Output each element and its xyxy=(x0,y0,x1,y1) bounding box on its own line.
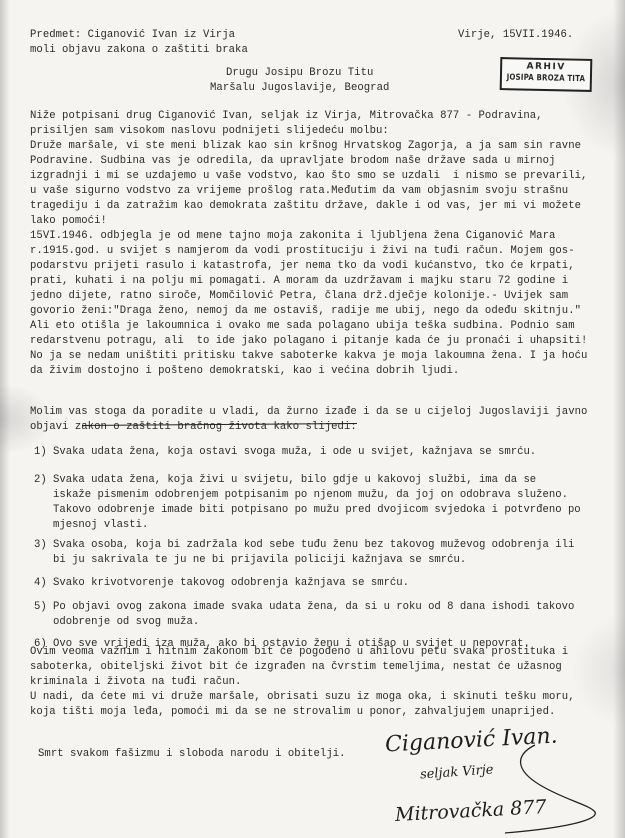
subject-line: Predmet: Ciganović Ivan iz Virja xyxy=(30,29,235,41)
law-item: 4)Svako krivotvorenje takovog odobrenja … xyxy=(34,576,614,591)
text-line: redarstvenu potragu, ali to ide jako pol… xyxy=(30,335,587,347)
text-line: saboterka, obiteljski život bit će izgra… xyxy=(30,661,562,673)
text-line: jedno dijete, ratno siroče, Momčilović P… xyxy=(30,290,568,302)
law-item-text: Svako krivotvorenje takovog odobrenja ka… xyxy=(53,576,409,591)
text-line: podarstvu prijeti rasulo i katastrofa, j… xyxy=(30,260,575,272)
text-line: prisiljen sam visokom naslovu podnijeti … xyxy=(30,125,389,137)
text-line: kriminala i života na tuđi račun. xyxy=(30,676,241,688)
place-date: Virje, 15VII.1946. xyxy=(458,28,573,43)
law-item-number: 5) xyxy=(34,600,47,615)
law-item-number: 1) xyxy=(34,445,47,460)
law-item: 3)Svaka osoba, koja bi zadržala kod sebe… xyxy=(34,538,614,568)
text-line: izgradnji i mi se uzdajemo u vaše vodstv… xyxy=(30,170,587,182)
text-line: Druže maršale, vi ste meni blizak kao si… xyxy=(30,140,581,152)
archive-stamp: ARHIV JOSIPA BROZA TITA xyxy=(500,57,593,92)
scan-edge-left xyxy=(0,0,10,838)
signature-flourish xyxy=(495,740,615,835)
letter-body: Niže potpisani drug Ciganović Ivan, selj… xyxy=(30,109,587,379)
law-item-text: Svaka osoba, koja bi zadržala kod sebe t… xyxy=(53,538,574,568)
text-line: govorio ženi:"Draga ženo, nemoj da me os… xyxy=(30,305,581,317)
law-item: 5)Po objavi ovog zakona imade svaka udat… xyxy=(34,600,614,630)
text-line: u vaše sigurno vodstvo za vrijeme prošlo… xyxy=(30,185,568,197)
law-item: 1)Svaka udata žena, koja ostavi svoga mu… xyxy=(34,445,614,460)
text-line: lako pomoći! xyxy=(30,215,107,227)
law-item-number: 4) xyxy=(34,576,47,591)
addressee-block: Drugu Josipu Brozu Titu Maršalu Jugoslav… xyxy=(210,66,389,96)
law-item-number: 2) xyxy=(34,473,47,488)
addressee-line: Maršalu Jugoslavije, Beograd xyxy=(210,82,389,94)
text-line: da živim dostojno i pošteno demokratski,… xyxy=(30,365,459,377)
subject-line: moli objavu zakona o zaštiti braka xyxy=(30,44,248,56)
text-line: Ovim veoma važnim i hitnim zakonom bit ć… xyxy=(30,646,568,658)
stamp-line-2: JOSIPA BROZA TITA xyxy=(502,71,590,85)
addressee-line: Drugu Josipu Brozu Titu xyxy=(226,67,373,79)
closing-paragraph: Ovim veoma važnim i hitnim zakonom bit ć… xyxy=(30,645,575,720)
signature-title: seljak Virje xyxy=(420,762,494,782)
letter-page: Predmet: Ciganović Ivan iz Virja moli ob… xyxy=(0,0,625,838)
text-line: prati, kuhati i na polju mi pomagati. A … xyxy=(30,275,568,287)
text-line: r.1915.god. u svijet s namjerom da vodi … xyxy=(30,245,575,257)
text-line: Molim vas stoga da poradite u vladi, da … xyxy=(30,406,587,418)
law-item-text: Po objavi ovog zakona imade svaka udata … xyxy=(53,600,574,630)
text-line: Podravine. Sudbina vas je odredila, da u… xyxy=(30,155,555,167)
text-line: Ali eto otišla je lakoumnica i ovako me … xyxy=(30,320,575,332)
law-item: 2)Svaka udata žena, koja živi u svijetu,… xyxy=(34,473,614,533)
farewell-line: Smrt svakom fašizmu i sloboda narodu i o… xyxy=(38,747,346,762)
text-line: tragediju i da zatražim kao demokrata za… xyxy=(30,200,581,212)
text-line: No ja se nedam uništiti pritisku takve s… xyxy=(30,350,587,362)
subject-block: Predmet: Ciganović Ivan iz Virja moli ob… xyxy=(30,28,248,58)
law-item-text: Svaka udata žena, koja živi u svijetu, b… xyxy=(53,473,581,533)
text-line: koja tišti moja leđa, pomoći mi da se ne… xyxy=(30,706,555,718)
law-item-text: Svaka udata žena, koja ostavi svoga muža… xyxy=(53,445,536,460)
text-line: U nadi, da ćete mi vi druže maršale, obr… xyxy=(30,691,575,703)
text-line: 15VI.1946. odbjegla je od mene tajno moj… xyxy=(30,230,555,242)
law-item-number: 3) xyxy=(34,538,47,553)
text-line: Niže potpisani drug Ciganović Ivan, selj… xyxy=(30,110,543,122)
request-paragraph: Molim vas stoga da poradite u vladi, da … xyxy=(30,405,587,435)
scan-edge-right xyxy=(613,0,625,838)
